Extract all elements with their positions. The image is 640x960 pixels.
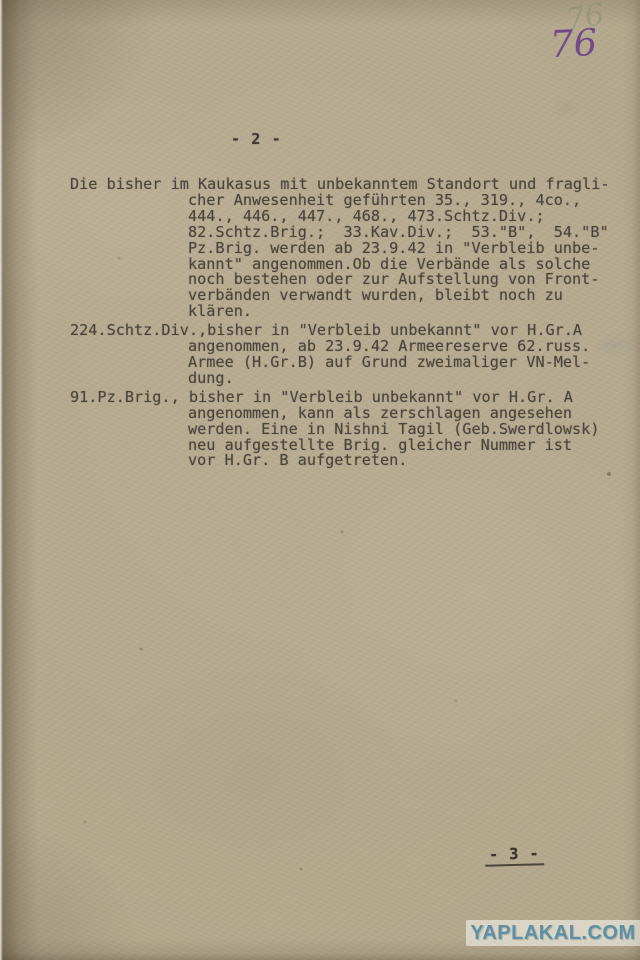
typed-line: klären. [188, 304, 635, 320]
typed-line: dung. [188, 371, 635, 387]
scanned-document-page: 76 76 - 2 - Die bisher im Kaukasus mit u… [0, 0, 640, 960]
page-number-bottom: - 3 - [485, 844, 544, 867]
paragraph: Die bisher im Kaukasus mit unbekanntem S… [70, 177, 635, 320]
typed-line: verbänden verwandt wurden, bleibt noch z… [188, 288, 635, 304]
handwritten-page-number: 76 [549, 21, 598, 66]
paper-specks [0, 0, 2, 2]
paper-texture [0, 0, 640, 960]
paragraph: 91.Pz.Brig., bisher in "Verbleib unbekan… [70, 390, 635, 470]
typed-line: vor H.Gr. B aufgetreten. [188, 453, 635, 469]
watermark-band: YAPLAKAL.COM [466, 920, 640, 946]
typed-text: Die bisher im Kaukasus mit unbekanntem S… [70, 177, 635, 472]
paragraph: 224.Schtz.Div.,bisher in "Verbleib unbek… [70, 323, 635, 387]
page-number-top: - 2 - [231, 130, 282, 148]
watermark-text: YAPLAKAL.COM [470, 922, 635, 945]
typed-line: Armee (H.Gr.B) auf Grund zweimaliger VN-… [188, 355, 635, 371]
